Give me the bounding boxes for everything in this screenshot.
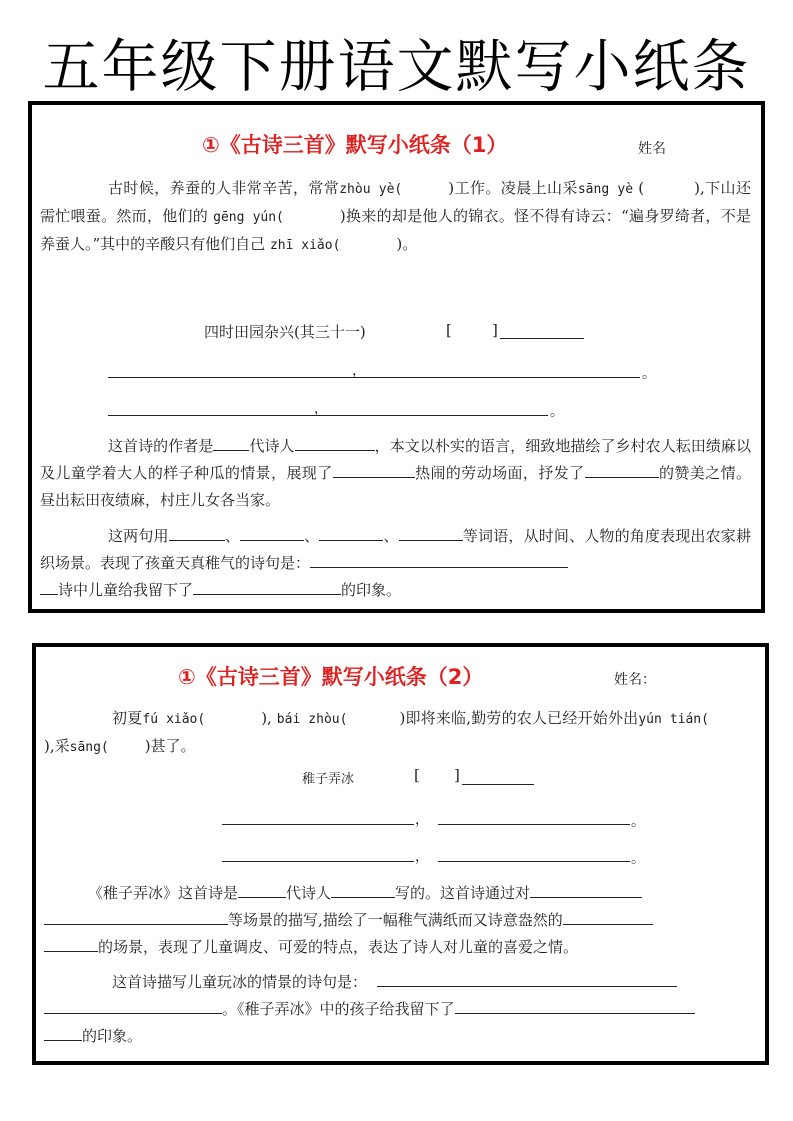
question-2: 这首诗描写儿童玩冰的情景的诗句是： 。《稚子弄冰》中的孩子给我留下了 的印象。 — [44, 969, 755, 1050]
text: )。 — [396, 235, 417, 253]
text: 的场景，表现了儿童调皮、可爱的特点，表达了诗人对儿童的喜爱之情。 — [98, 938, 578, 956]
text: 这首诗的作者是 — [108, 437, 213, 455]
text: 这首诗描写儿童玩冰的情景的诗句是： — [112, 973, 367, 991]
text: 的印象。 — [341, 581, 401, 599]
text: 的印象。 — [82, 1027, 142, 1045]
period: 。 — [642, 363, 656, 383]
question-1: 《稚子弄冰》这首诗是代诗人写的。这首诗通过对 等场景的描写,描绘了一幅稚气满纸而… — [44, 880, 755, 961]
author-blank[interactable] — [500, 338, 584, 339]
pinyin-paragraph: 初夏fú xiǎo(), bái zhòu()即将来临,勤劳的农人已经开始外出y… — [44, 705, 755, 761]
bracket-close: ] — [492, 321, 498, 339]
text: ( — [638, 179, 644, 197]
text: 等场景的描写,描绘了一幅稚气满纸而又诗意盎然的 — [228, 911, 563, 929]
pinyin-paragraph: 古时候，养蚕的人非常辛苦，常常zhòu yè()工作。凌晨上山采sāng yè … — [40, 175, 751, 259]
text: 、 — [383, 527, 398, 545]
answer-blank[interactable] — [455, 998, 695, 1014]
comma: ， — [415, 809, 429, 829]
poem-line-2b-blank[interactable] — [438, 861, 630, 862]
text: 、 — [225, 527, 240, 545]
text: ),采 — [44, 737, 70, 755]
answer-blank[interactable] — [333, 462, 415, 478]
bracket-open: [ — [446, 321, 452, 339]
dictation-slip-1: ①《古诗三首》默写小纸条（1） 姓名 古时候，养蚕的人非常辛苦，常常zhòu y… — [28, 101, 765, 613]
page-title: 五年级下册语文默写小纸条 — [0, 32, 793, 102]
poem-line-2a-blank[interactable] — [222, 861, 414, 862]
poem-title: 四时田园杂兴(其三十一) — [204, 321, 366, 342]
answer-blank[interactable] — [585, 462, 659, 478]
text: )即将来临,勤劳的农人已经开始外出 — [399, 709, 638, 727]
answer-blank[interactable] — [44, 1025, 82, 1041]
answer-blank[interactable] — [193, 579, 341, 595]
dictation-slip-2: ①《古诗三首》默写小纸条（2） 姓名： 初夏fú xiǎo(), bái zhò… — [32, 643, 769, 1065]
poem-line-1-blank[interactable] — [108, 377, 640, 378]
pinyin: gēng yún( — [213, 210, 284, 225]
name-label: 姓名 — [638, 138, 666, 158]
text: 代诗人 — [249, 437, 294, 455]
poem-line-1a-blank[interactable] — [222, 824, 414, 825]
question-1: 这首诗的作者是代诗人，本文以朴实的语言，细致地描绘了乡村农人耘田绩麻以及儿童学着… — [40, 433, 751, 514]
answer-blank[interactable] — [44, 936, 98, 952]
answer-blank[interactable] — [563, 909, 653, 925]
answer-blank[interactable] — [399, 525, 463, 541]
bracket-close: ] — [454, 766, 460, 784]
pinyin: bái zhòu( — [277, 712, 348, 727]
dynasty-blank[interactable] — [213, 435, 249, 451]
answer-blank[interactable] — [530, 882, 642, 898]
answer-blank[interactable] — [319, 525, 383, 541]
slip-1-header: ①《古诗三首》默写小纸条（1） — [202, 129, 507, 159]
text: 写的。这首诗通过对 — [395, 884, 530, 902]
poem-line-2-blank[interactable] — [108, 415, 548, 416]
answer-blank[interactable] — [169, 525, 225, 541]
text: )工作。凌晨上山采 — [448, 179, 578, 197]
period: 。 — [550, 401, 564, 421]
comma: ， — [314, 398, 328, 418]
period: 。 — [631, 811, 645, 831]
period: 。 — [631, 848, 645, 868]
slip-2-header: ①《古诗三首》默写小纸条（2） — [178, 661, 483, 691]
answer-blank[interactable] — [310, 552, 568, 568]
text: 诗中儿童给我留下了 — [58, 581, 193, 599]
answer-blank[interactable] — [377, 971, 677, 987]
author-blank[interactable] — [462, 784, 534, 785]
pinyin: zhī xiǎo( — [270, 238, 340, 253]
answer-blank[interactable] — [40, 579, 58, 595]
text: 这两句用 — [108, 527, 169, 545]
pinyin: yún tián( — [638, 712, 709, 727]
text: ), — [261, 709, 272, 727]
text: 热闹的劳动场面，抒发了 — [415, 464, 585, 482]
comma: ， — [415, 846, 429, 866]
comma: ， — [352, 360, 366, 380]
text: 、 — [304, 527, 319, 545]
text: 古时候，养蚕的人非常辛苦，常常 — [108, 179, 339, 197]
pinyin: fú xiǎo( — [142, 712, 205, 727]
answer-blank[interactable] — [240, 525, 304, 541]
poet-blank[interactable] — [295, 435, 375, 451]
answer-blank[interactable] — [44, 998, 222, 1014]
name-label: 姓名： — [614, 669, 656, 689]
text: 代诗人 — [286, 884, 331, 902]
pinyin: zhòu yè( — [339, 182, 402, 197]
pinyin: sāng( — [70, 740, 109, 755]
poem-line-1b-blank[interactable] — [438, 824, 630, 825]
text: )甚了。 — [145, 737, 196, 755]
poem-title: 稚子弄冰 — [302, 768, 354, 787]
pinyin: sāng yè — [578, 182, 633, 197]
bracket-open: [ — [414, 766, 420, 784]
text: 《稚子弄冰》这首诗是 — [88, 884, 238, 902]
text: 初夏 — [112, 709, 142, 727]
dynasty-blank[interactable] — [238, 882, 286, 898]
text: 。《稚子弄冰》中的孩子给我留下了 — [222, 1000, 455, 1018]
question-2: 这两句用、、、等词语，从时间、人物的角度表现出农家耕织场景。表现了孩童天真稚气的… — [40, 523, 751, 604]
answer-blank[interactable] — [44, 909, 228, 925]
poet-blank[interactable] — [331, 882, 395, 898]
